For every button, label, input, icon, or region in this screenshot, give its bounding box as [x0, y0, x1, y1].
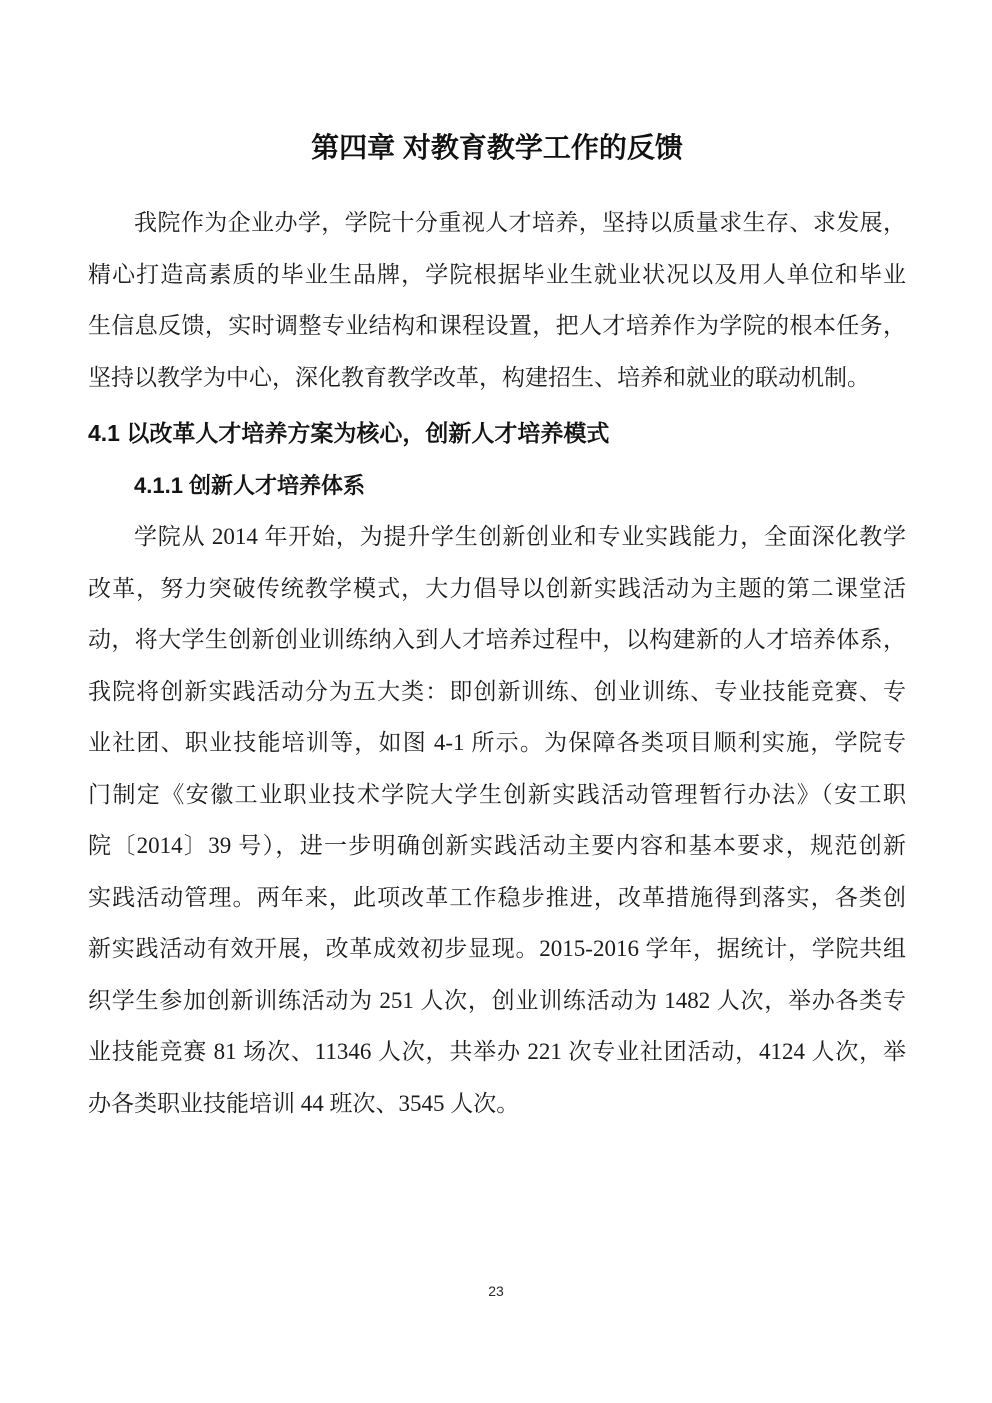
paragraph-line: 精心打造高素质的毕业生品牌，学院根据毕业生就业状况以及用人单位和毕业 — [88, 249, 906, 301]
paragraph-line: 办各类职业技能培训 44 班次、3545 人次。 — [88, 1078, 906, 1130]
paragraph-line: 院〔2014〕39 号），进一步明确创新实践活动主要内容和基本要求，规范创新 — [88, 820, 906, 872]
paragraph-line: 学院从 2014 年开始，为提升学生创新创业和专业实践能力，全面深化教学 — [88, 511, 906, 563]
paragraph-line: 我院将创新实践活动分为五大类：即创新训练、创业训练、专业技能竞赛、专 — [88, 666, 906, 718]
paragraph-line: 新实践活动有效开展，改革成效初步显现。2015-2016 学年，据统计，学院共组 — [88, 923, 906, 975]
paragraph-line: 生信息反馈，实时调整专业结构和课程设置，把人才培养作为学院的根本任务， — [88, 300, 906, 352]
paragraph-line: 实践活动管理。两年来，此项改革工作稳步推进，改革措施得到落实，各类创 — [88, 872, 906, 924]
paragraph-line: 我院作为企业办学，学院十分重视人才培养，坚持以质量求生存、求发展， — [88, 197, 906, 249]
paragraph-innovation-system: 学院从 2014 年开始，为提升学生创新创业和专业实践能力，全面深化教学 改革，… — [88, 511, 906, 1129]
document-page: 第四章 对教育教学工作的反馈 我院作为企业办学，学院十分重视人才培养，坚持以质量… — [0, 0, 992, 1403]
paragraph-line: 动，将大学生创新创业训练纳入到人才培养过程中，以构建新的人才培养体系， — [88, 614, 906, 666]
paragraph-line: 改革，努力突破传统教学模式，大力倡导以创新实践活动为主题的第二课堂活 — [88, 563, 906, 615]
paragraph-line: 坚持以教学为中心，深化教育教学改革，构建招生、培养和就业的联动机制。 — [88, 352, 906, 404]
subsection-heading-4-1-1: 4.1.1 创新人才培养体系 — [88, 460, 906, 512]
page-content: 第四章 对教育教学工作的反馈 我院作为企业办学，学院十分重视人才培养，坚持以质量… — [88, 122, 906, 1129]
paragraph-intro: 我院作为企业办学，学院十分重视人才培养，坚持以质量求生存、求发展， 精心打造高素… — [88, 197, 906, 403]
paragraph-line: 业技能竞赛 81 场次、11346 人次，共举办 221 次专业社团活动，412… — [88, 1026, 906, 1078]
paragraph-line: 织学生参加创新训练活动为 251 人次，创业训练活动为 1482 人次，举办各类… — [88, 975, 906, 1027]
page-number: 23 — [0, 1283, 992, 1299]
chapter-title: 第四章 对教育教学工作的反馈 — [88, 122, 906, 173]
paragraph-line: 业社团、职业技能培训等，如图 4-1 所示。为保障各类项目顺利实施，学院专 — [88, 717, 906, 769]
paragraph-line: 门制定《安徽工业职业技术学院大学生创新实践活动管理暂行办法》（安工职 — [88, 769, 906, 821]
section-heading-4-1: 4.1 以改革人才培养方案为核心，创新人才培养模式 — [88, 408, 906, 460]
